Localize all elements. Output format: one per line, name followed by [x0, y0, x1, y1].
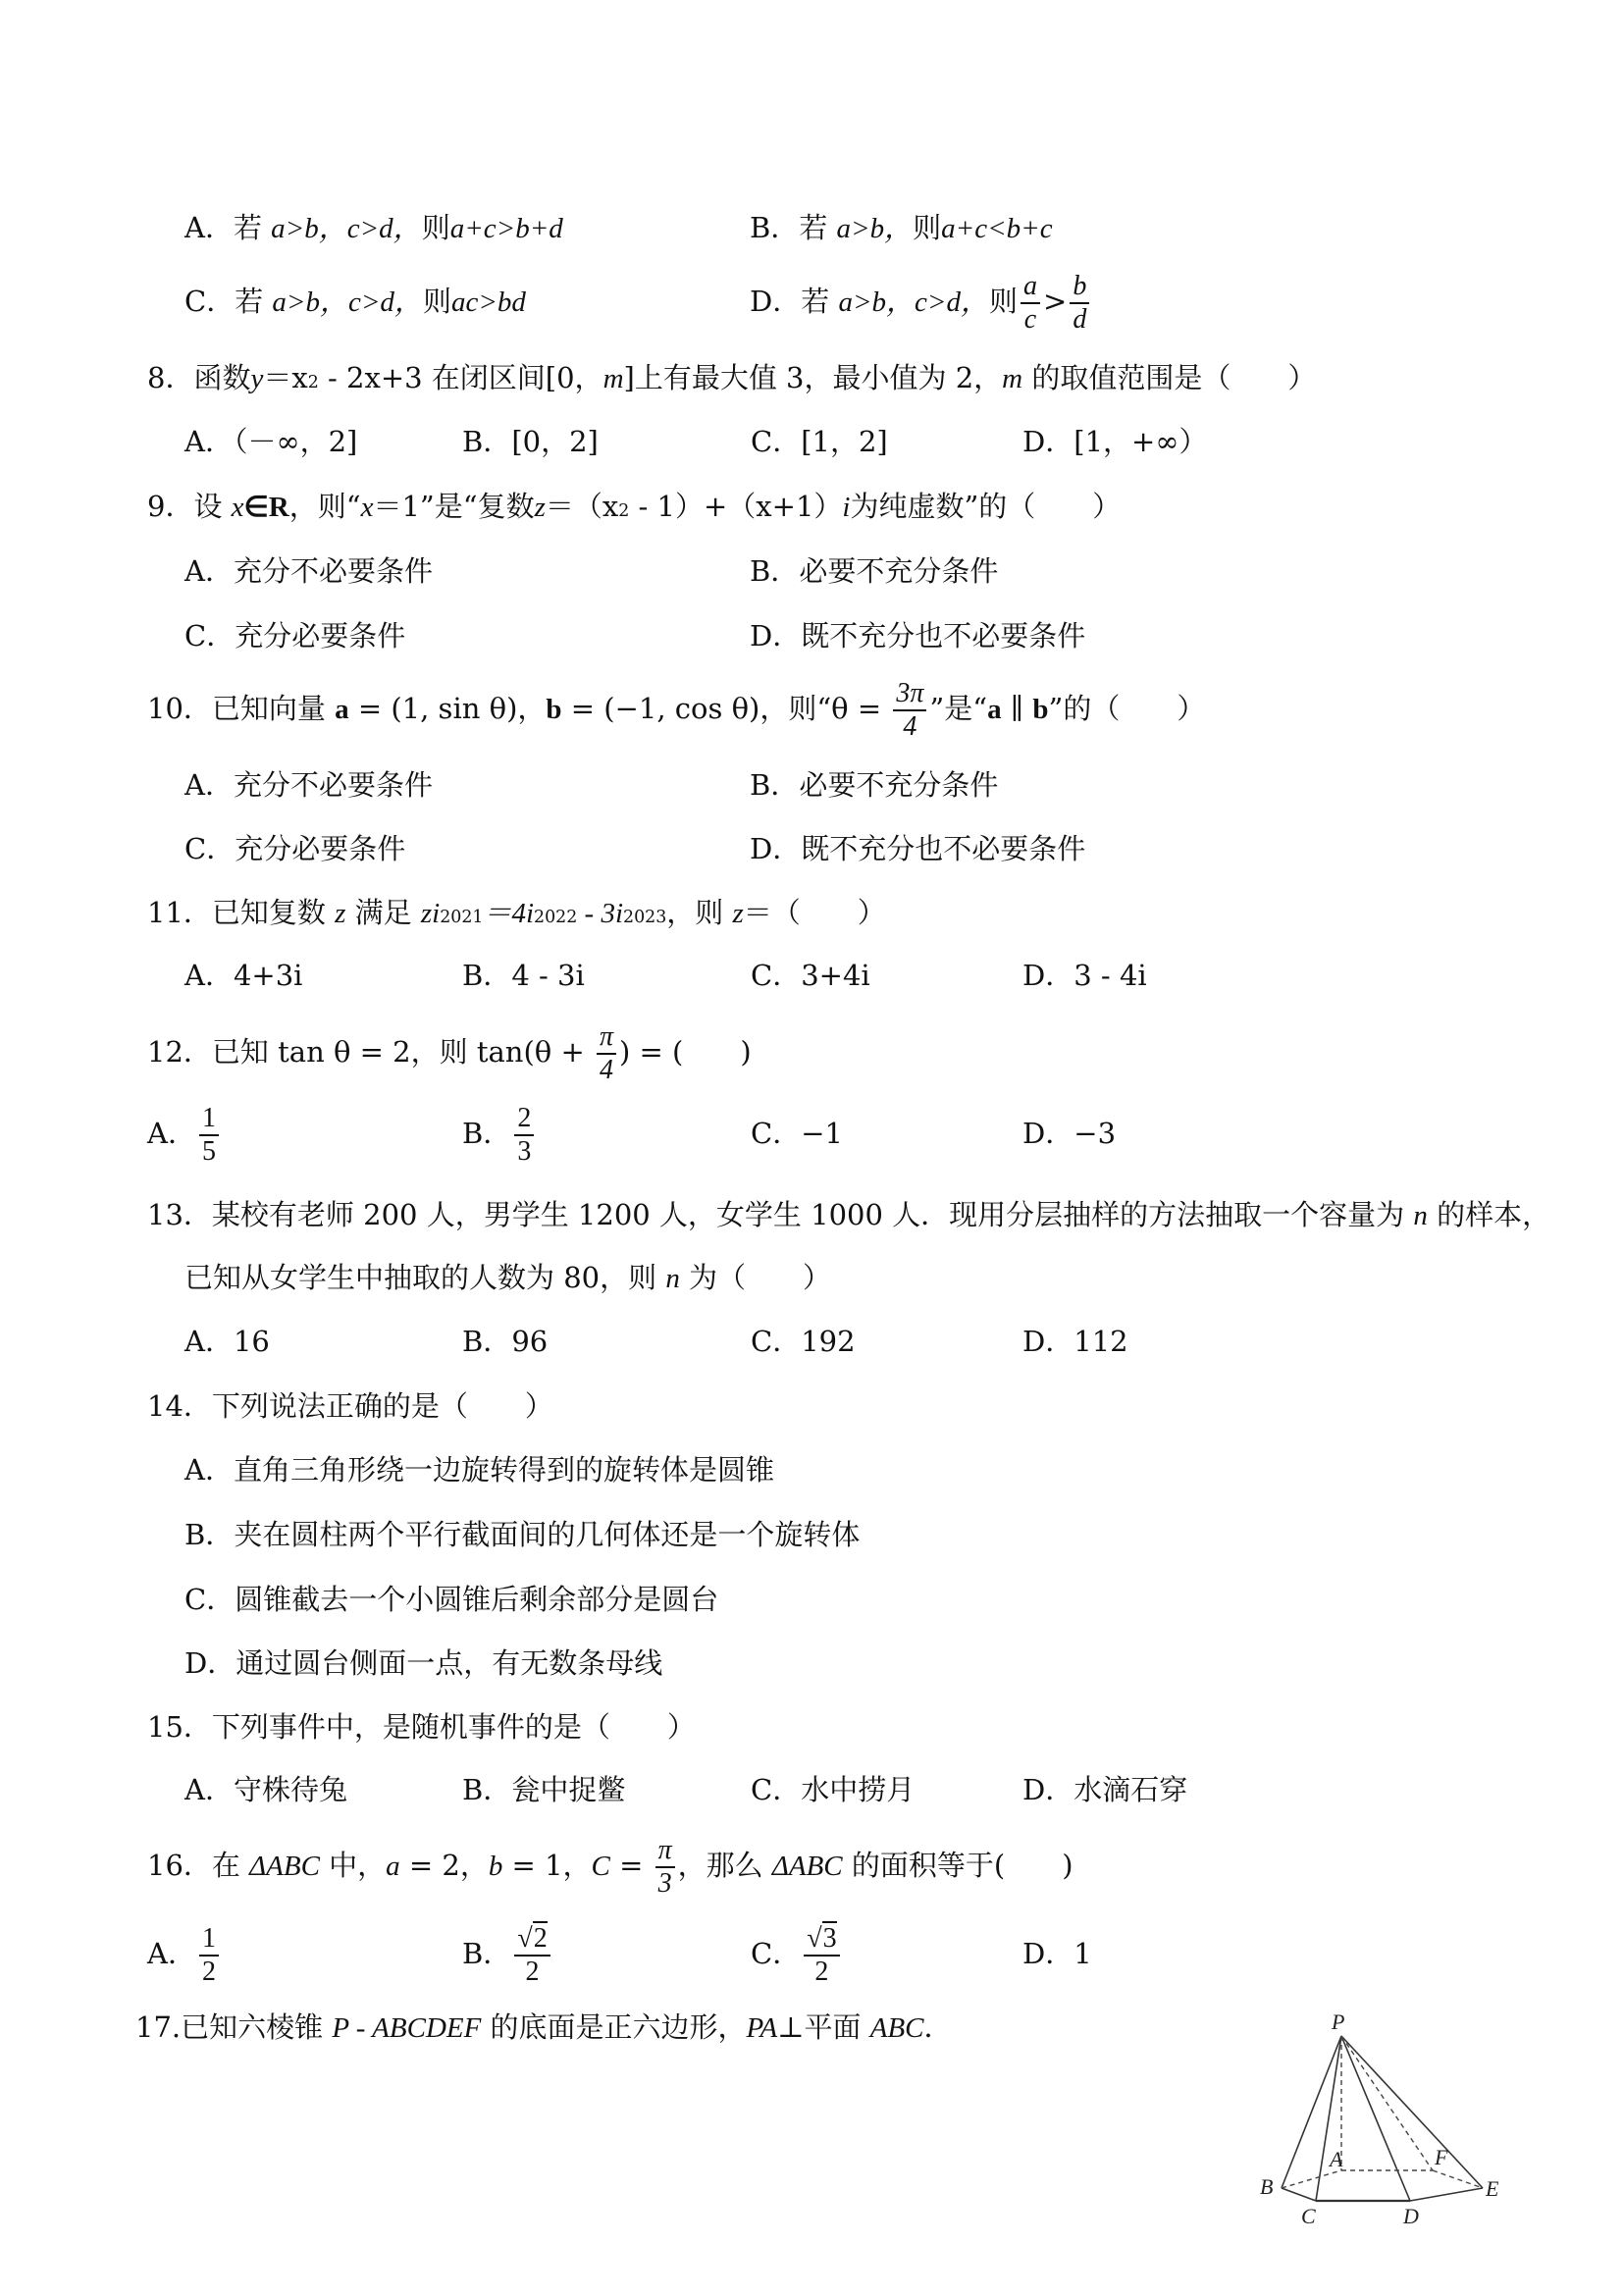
q11-option-a: A．4+3i — [184, 956, 302, 995]
denominator: 3 — [655, 1868, 675, 1900]
option-math: a>b， — [837, 213, 914, 244]
q12-option-d: D．−3 — [1022, 1114, 1116, 1153]
option-text: 96 — [511, 1325, 548, 1358]
option-math: a>b，c>d， — [271, 213, 422, 244]
stem-text: 函数 — [193, 361, 250, 394]
stem-text: 中， — [320, 1849, 386, 1882]
option-text: 则 — [422, 211, 450, 244]
option-text: 若 — [234, 211, 271, 244]
question-number: 8． — [147, 361, 193, 394]
q15-option-d: D．水滴石穿 — [1022, 1770, 1187, 1809]
math-expr: = 1， — [502, 1849, 591, 1882]
option-text: 4+3i — [234, 959, 302, 992]
q14-option-a: A．直角三角形绕一边旋转得到的旋转体是圆锥 — [184, 1450, 774, 1489]
vertex-label-e: E — [1485, 2176, 1499, 2201]
option-label: B． — [750, 211, 799, 244]
question-number: 12． — [147, 1035, 212, 1069]
option-math: a>b，c>d， — [272, 287, 423, 318]
sqrt-icon: √ — [807, 1923, 821, 1954]
option-text: 通过圆台侧面一点，有无数条母线 — [236, 1646, 662, 1680]
q14-option-c: C．圆锥截去一个小圆锥后剩余部分是圆台 — [184, 1580, 718, 1619]
vertex-label-b: B — [1260, 2174, 1273, 2199]
option-label: B． — [462, 1937, 511, 1970]
math-set: ∈R — [244, 492, 289, 523]
option-text: 4 - 3i — [511, 959, 584, 992]
option-label: A． — [184, 1773, 234, 1806]
option-label: C． — [751, 425, 801, 458]
option-label: D． — [750, 619, 801, 652]
math-var: m — [603, 363, 624, 394]
option-text: 则 — [423, 285, 451, 318]
stem-text: ． — [924, 2010, 953, 2044]
math-expr: ＝x — [263, 361, 307, 394]
vertex-label-d: D — [1402, 2204, 1419, 2228]
numerator: 1 — [199, 1923, 219, 1957]
math-var: z — [733, 898, 744, 929]
math-expr: ΔABC — [249, 1851, 320, 1882]
fraction: 12 — [199, 1923, 219, 1988]
math-var: a — [386, 1851, 400, 1882]
math-expr: = (1, sin θ)， — [349, 692, 547, 725]
stem-text: 为纯虚数”的（ ） — [850, 490, 1121, 523]
option-label: A． — [147, 1117, 196, 1150]
q16-option-b: B．√22 — [462, 1919, 553, 1988]
vertex-label-a: A — [1328, 2147, 1343, 2171]
stem-text: 下列事件中，是随机事件的是（ ） — [212, 1710, 696, 1744]
fraction-sqrt: √32 — [804, 1923, 839, 1988]
question-number: 11． — [147, 896, 212, 929]
numerator: π — [655, 1835, 675, 1868]
option-text: 必要不充分条件 — [799, 554, 998, 588]
stem-text: ，则 — [666, 896, 732, 929]
q13-stem-line1: 13．某校有老师 200 人，男学生 1200 人，女学生 1000 人．现用分… — [147, 1195, 1550, 1235]
option-label: D． — [1022, 1937, 1073, 1970]
vertex-label-p: P — [1331, 2009, 1344, 2034]
option-text: [1，+∞） — [1073, 425, 1207, 458]
option-label: B． — [184, 1518, 234, 1551]
q12-option-b: B．23 — [462, 1099, 537, 1168]
option-text: 1 — [1073, 1937, 1091, 1970]
math-expr: ＝4i — [483, 898, 534, 929]
option-label: C． — [751, 1325, 801, 1358]
option-label: A． — [184, 211, 234, 244]
option-label: B． — [462, 425, 511, 458]
math-expr: = 2， — [400, 1849, 489, 1882]
option-label: A． — [147, 1937, 196, 1970]
option-text: 直角三角形绕一边旋转得到的旋转体是圆锥 — [234, 1453, 774, 1487]
math-var: C — [592, 1851, 610, 1882]
q13-option-b: B．96 — [462, 1322, 548, 1361]
q9-option-a: A．充分不必要条件 — [184, 551, 433, 591]
math-expr: zi — [421, 898, 440, 929]
fraction-pi-over-4: π4 — [597, 1021, 616, 1086]
numerator: 3π — [893, 678, 926, 711]
q13-option-c: C．192 — [751, 1322, 856, 1361]
option-label: B． — [750, 554, 799, 588]
option-text: 水滴石穿 — [1073, 1773, 1187, 1806]
option-text: 则 — [989, 285, 1018, 318]
option-math: a+c<b+c — [941, 213, 1052, 244]
q7-option-b: B．若 a>b，则a+c<b+c — [750, 208, 1053, 248]
q8-option-d: D．[1，+∞） — [1022, 422, 1208, 461]
denominator: 2 — [523, 1957, 543, 1988]
q9-option-d: D．既不充分也不必要条件 — [750, 616, 1085, 655]
math-expr: ABC — [870, 2012, 924, 2044]
exponent: 2022 — [534, 908, 577, 927]
q11-option-d: D．3 - 4i — [1022, 956, 1147, 995]
exponent: 2023 — [623, 908, 666, 927]
fraction-3pi-over-4: 3π4 — [893, 678, 926, 743]
fraction-b-over-d: bd — [1070, 271, 1089, 336]
question-number: 15． — [147, 1710, 212, 1744]
denominator: 3 — [514, 1136, 534, 1168]
q7-option-a: A．若 a>b，c>d，则a+c>b+d — [184, 208, 563, 248]
option-text: 圆锥截去一个小圆锥后剩余部分是圆台 — [235, 1583, 718, 1616]
stem-text: ]上有最大值 3，最小值为 2， — [624, 361, 1003, 394]
option-text: 3 - 4i — [1073, 959, 1146, 992]
denominator: 5 — [199, 1136, 219, 1168]
hexagonal-pyramid-figure: P A B C D E F — [1236, 2002, 1531, 2237]
math-expr: ΔABC — [772, 1851, 843, 1882]
denominator: 2 — [199, 1957, 219, 1988]
question-number: 17. — [135, 2010, 181, 2044]
q14-option-b: B．夹在圆柱两个平行截面间的几何体还是一个旋转体 — [184, 1515, 860, 1554]
stem-text: ”的（ ） — [1049, 692, 1206, 725]
question-number: 9． — [147, 490, 193, 523]
option-text: 水中捞月 — [801, 1773, 915, 1806]
option-text: 充分必要条件 — [235, 619, 405, 652]
option-label: D． — [1022, 425, 1073, 458]
option-label: B． — [750, 768, 799, 802]
numerator: b — [1070, 271, 1089, 304]
fraction-a-over-c: ac — [1021, 271, 1040, 336]
stem-text: 已知六棱锥 — [181, 2010, 332, 2044]
math-var: z — [535, 492, 546, 523]
stem-text: 的样本， — [1428, 1198, 1550, 1231]
math-expr: - 2x+3 — [319, 361, 423, 394]
stem-text: 设 — [193, 490, 231, 523]
option-text: （－∞，2] — [234, 425, 357, 458]
q12-option-a: A．15 — [147, 1099, 222, 1168]
question-number: 14． — [147, 1389, 212, 1423]
math-var: y — [250, 363, 263, 394]
option-label: A． — [184, 1453, 234, 1487]
q9-stem: 9．设 x∈R，则“x＝1”是“复数z＝（x2 - 1）+（x+1）i为纯虚数”… — [147, 487, 1121, 527]
denominator: c — [1021, 304, 1039, 336]
denominator: 4 — [597, 1055, 616, 1086]
stem-text: ，那么 — [678, 1849, 772, 1882]
option-label: A． — [184, 768, 234, 802]
math-expr: - 3i — [577, 898, 623, 929]
q15-stem: 15．下列事件中，是随机事件的是（ ） — [147, 1707, 696, 1747]
q7-option-c: C．若 a>b，c>d，则ac>bd — [184, 282, 526, 322]
stem-text: 已知从女学生中抽取的人数为 80，则 — [184, 1261, 665, 1294]
option-label: A． — [184, 1325, 234, 1358]
numerator: π — [597, 1021, 616, 1055]
stem-text: ＝1”是“复数 — [373, 490, 534, 523]
stem-text: 的底面是正六边形， — [481, 2010, 746, 2044]
stem-text: 的面积等于( ) — [843, 1849, 1073, 1882]
math-expr: PA — [747, 2012, 778, 2044]
math-var: m — [1002, 363, 1022, 394]
option-text: 既不充分也不必要条件 — [801, 832, 1085, 865]
option-label: D． — [1022, 1117, 1073, 1150]
denominator: 2 — [811, 1957, 831, 1988]
stem-text: 已知 tan θ = 2，则 tan(θ + — [212, 1035, 594, 1069]
stem-text: ”是“ — [929, 692, 987, 725]
q16-option-a: A．12 — [147, 1919, 222, 1988]
q16-stem: 16．在 ΔABC 中，a = 2，b = 1，C = π3，那么 ΔABC 的… — [147, 1831, 1073, 1901]
option-label: C． — [751, 1773, 801, 1806]
option-text: 3+4i — [801, 959, 869, 992]
option-label: B． — [462, 1773, 511, 1806]
stem-text: ＝（ ） — [744, 896, 886, 929]
option-math: ac>bd — [451, 287, 526, 318]
q13-stem-line2: 已知从女学生中抽取的人数为 80，则 n 为（ ） — [184, 1258, 831, 1298]
q8-option-a: A．（－∞，2] — [184, 422, 357, 461]
q16-option-d: D．1 — [1022, 1934, 1092, 1973]
vector-a: a — [987, 694, 1002, 725]
option-label: C． — [184, 1583, 235, 1616]
denominator: 4 — [900, 711, 919, 743]
denominator: d — [1070, 304, 1089, 336]
vector-b: b — [1032, 694, 1048, 725]
option-text: 充分必要条件 — [235, 832, 405, 865]
option-label: A． — [184, 425, 234, 458]
exponent: 2 — [308, 373, 319, 392]
q15-option-c: C．水中捞月 — [751, 1770, 915, 1809]
q13-option-d: D．112 — [1022, 1322, 1128, 1361]
question-number: 13． — [147, 1198, 212, 1231]
math-var: z — [335, 898, 345, 929]
stem-text: 已知复数 — [212, 896, 335, 929]
vector-a: a — [335, 694, 349, 725]
q8-option-b: B．[0，2] — [462, 422, 599, 461]
q13-option-a: A．16 — [184, 1322, 270, 1361]
q12-option-c: C．−1 — [751, 1114, 843, 1153]
q8-option-c: C．[1，2] — [751, 422, 888, 461]
option-label: B． — [462, 1325, 511, 1358]
stem-text: 满足 — [345, 896, 420, 929]
q7-option-d: D．若 a>b，c>d，则ac>bd — [750, 267, 1092, 337]
question-number: 10． — [147, 692, 212, 725]
math-expr: = — [610, 1849, 653, 1882]
q12-stem: 12．已知 tan θ = 2，则 tan(θ + π4) = ( ) — [147, 1018, 752, 1086]
q10-option-a: A．充分不必要条件 — [184, 765, 433, 805]
question-number: 16． — [147, 1849, 212, 1882]
sqrt-icon: √ — [517, 1923, 532, 1954]
vertex-label-c: C — [1301, 2204, 1316, 2228]
math-var: b — [489, 1851, 503, 1882]
q9-option-b: B．必要不充分条件 — [750, 551, 998, 591]
fraction-sqrt: √22 — [514, 1923, 550, 1988]
math-var: n — [1413, 1200, 1428, 1231]
numerator: a — [1021, 271, 1040, 304]
q14-stem: 14．下列说法正确的是（ ） — [147, 1386, 553, 1426]
q11-option-c: C．3+4i — [751, 956, 870, 995]
stem-text: 的取值范围是（ ） — [1022, 361, 1316, 394]
numerator: 2 — [514, 1103, 534, 1136]
option-label: C． — [751, 959, 801, 992]
option-text: 若 — [235, 285, 272, 318]
option-text: 192 — [801, 1325, 855, 1358]
option-label: A． — [184, 959, 234, 992]
option-label: B． — [462, 1117, 511, 1150]
option-math: a>b，c>d， — [838, 287, 989, 318]
stem-text: 在 — [212, 1849, 249, 1882]
option-label: C． — [751, 1937, 801, 1970]
q11-stem: 11．已知复数 z 满足 zi2021＝4i2022 - 3i2023，则 z＝… — [147, 893, 886, 933]
option-text: 守株待兔 — [234, 1773, 347, 1806]
q9-option-c: C．充分必要条件 — [184, 616, 405, 655]
fraction: 23 — [514, 1103, 534, 1168]
option-label: D． — [750, 285, 801, 318]
q10-option-d: D．既不充分也不必要条件 — [750, 829, 1085, 868]
fraction-pi-over-3: π3 — [655, 1835, 675, 1900]
option-text: −3 — [1073, 1117, 1116, 1150]
option-math: a+c>b+d — [450, 213, 563, 244]
option-text: 16 — [234, 1325, 270, 1358]
option-label: C． — [184, 619, 235, 652]
q14-option-d: D．通过圆台侧面一点，有无数条母线 — [184, 1644, 662, 1683]
q15-option-b: B．瓮中捉鳖 — [462, 1770, 625, 1809]
option-text: 既不充分也不必要条件 — [801, 619, 1085, 652]
math-expr: ＝（x — [546, 490, 618, 523]
radicand: 3 — [822, 1921, 837, 1954]
vertex-label-f: F — [1434, 2145, 1448, 2169]
stem-text: ⊥平面 — [777, 2010, 870, 2044]
stem-text: 某校有老师 200 人，男学生 1200 人，女学生 1000 人．现用分层抽样… — [212, 1198, 1414, 1231]
option-text: 夹在圆柱两个平行截面间的几何体还是一个旋转体 — [234, 1518, 860, 1551]
q17-stem: 17.已知六棱锥 P - ABCDEF 的底面是正六边形，PA⊥平面 ABC． — [135, 2008, 953, 2048]
option-text: [0，2] — [511, 425, 599, 458]
q8-stem: 8．函数y＝x2 - 2x+3 在闭区间[0，m]上有最大值 3，最小值为 2，… — [147, 358, 1316, 398]
option-text: 充分不必要条件 — [234, 768, 433, 802]
option-label: D． — [750, 832, 801, 865]
numerator: 1 — [199, 1103, 219, 1136]
radicand: 2 — [533, 1921, 548, 1954]
stem-text: 下列说法正确的是（ ） — [212, 1389, 553, 1423]
operator: > — [1043, 285, 1067, 318]
fraction: 15 — [199, 1103, 219, 1168]
q11-option-b: B．4 - 3i — [462, 956, 585, 995]
option-text: 112 — [1073, 1325, 1127, 1358]
option-text: 则 — [913, 211, 941, 244]
option-label: D． — [1022, 959, 1073, 992]
option-label: B． — [462, 959, 511, 992]
option-label: A． — [184, 554, 234, 588]
option-label: D． — [184, 1646, 236, 1680]
exponent: 2021 — [440, 908, 483, 927]
option-label: C． — [751, 1117, 801, 1150]
math-expr: - 1）+（x+1） — [629, 490, 842, 523]
q15-option-a: A．守株待兔 — [184, 1770, 347, 1809]
q16-option-c: C．√32 — [751, 1919, 843, 1988]
stem-text: 为（ ） — [680, 1261, 831, 1294]
option-text: 充分不必要条件 — [234, 554, 433, 588]
stem-text: 在闭区间[0， — [423, 361, 603, 394]
parallel-symbol: ∥ — [1002, 692, 1033, 725]
q10-option-b: B．必要不充分条件 — [750, 765, 998, 805]
option-text: −1 — [801, 1117, 843, 1150]
vector-b: b — [546, 694, 561, 725]
q10-stem: 10．已知向量 a = (1, sin θ)，b = (−1, cos θ)，则… — [147, 674, 1205, 744]
math-var: x — [232, 492, 244, 523]
option-text: 若 — [801, 285, 838, 318]
option-label: D． — [1022, 1773, 1073, 1806]
option-text: 若 — [799, 211, 836, 244]
option-label: C． — [184, 832, 235, 865]
stem-text: ，则“ — [289, 490, 361, 523]
option-text: [1，2] — [801, 425, 888, 458]
math-var: n — [665, 1263, 680, 1294]
stem-text: ) = ( ) — [619, 1035, 752, 1069]
stem-text: 已知向量 — [212, 692, 335, 725]
exponent: 2 — [618, 501, 629, 521]
math-expr: = (−1, cos θ)，则“θ = — [562, 692, 891, 725]
option-text: 瓮中捉鳖 — [511, 1773, 625, 1806]
q10-option-c: C．充分必要条件 — [184, 829, 405, 868]
math-var: x — [361, 492, 374, 523]
option-text: 必要不充分条件 — [799, 768, 998, 802]
option-label: C． — [184, 285, 235, 318]
option-label: D． — [1022, 1325, 1073, 1358]
math-expr: P - ABCDEF — [332, 2012, 481, 2044]
